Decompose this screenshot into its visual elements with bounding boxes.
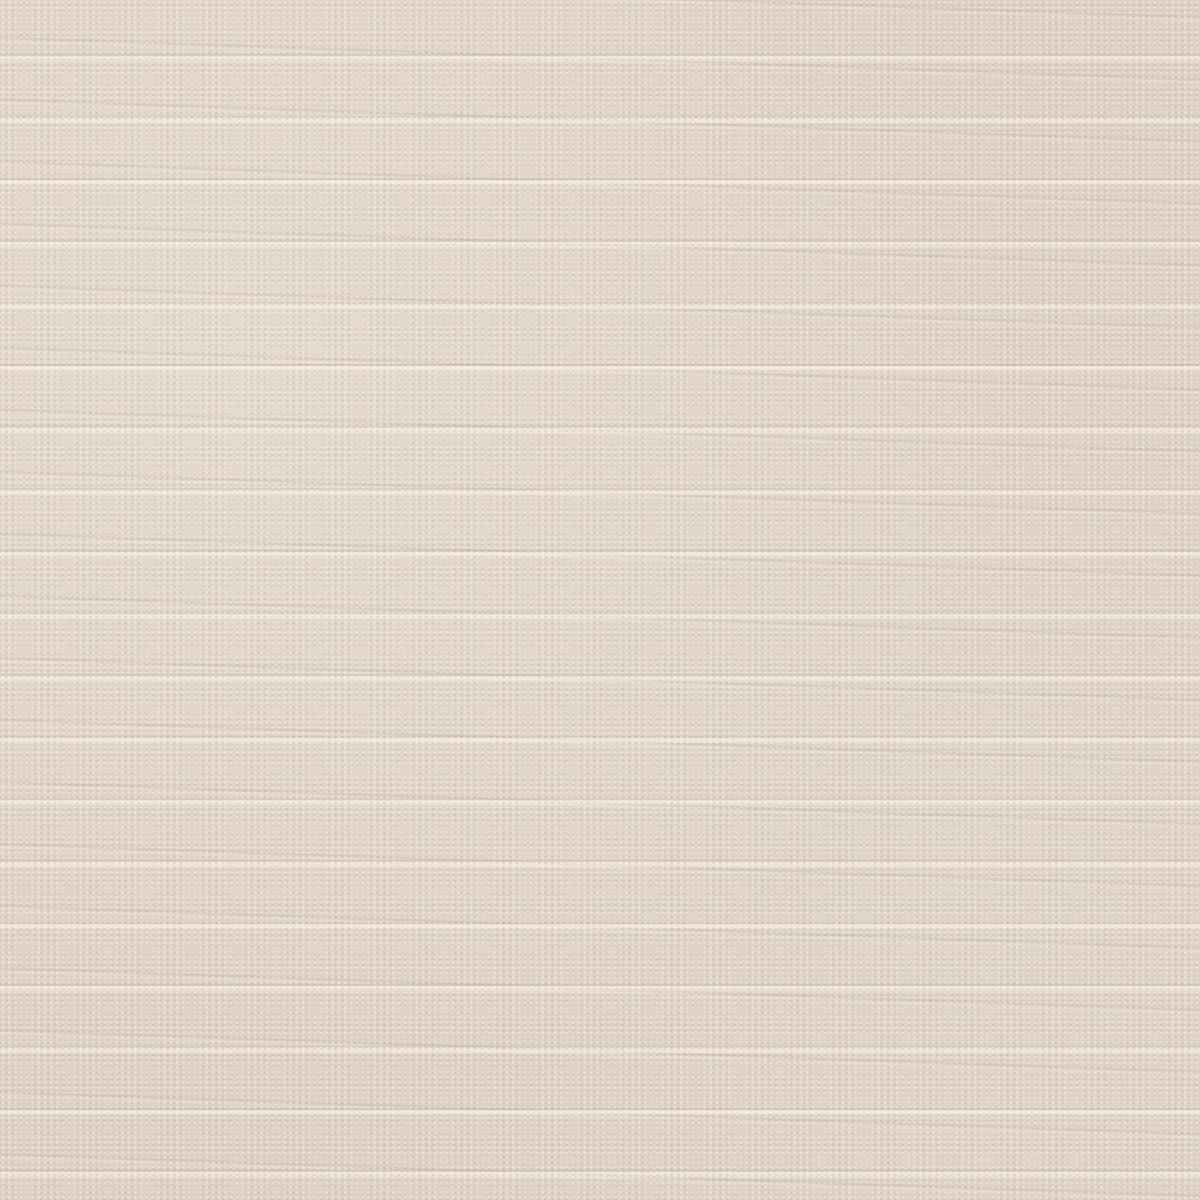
carpet-texture-image (0, 0, 1200, 1200)
